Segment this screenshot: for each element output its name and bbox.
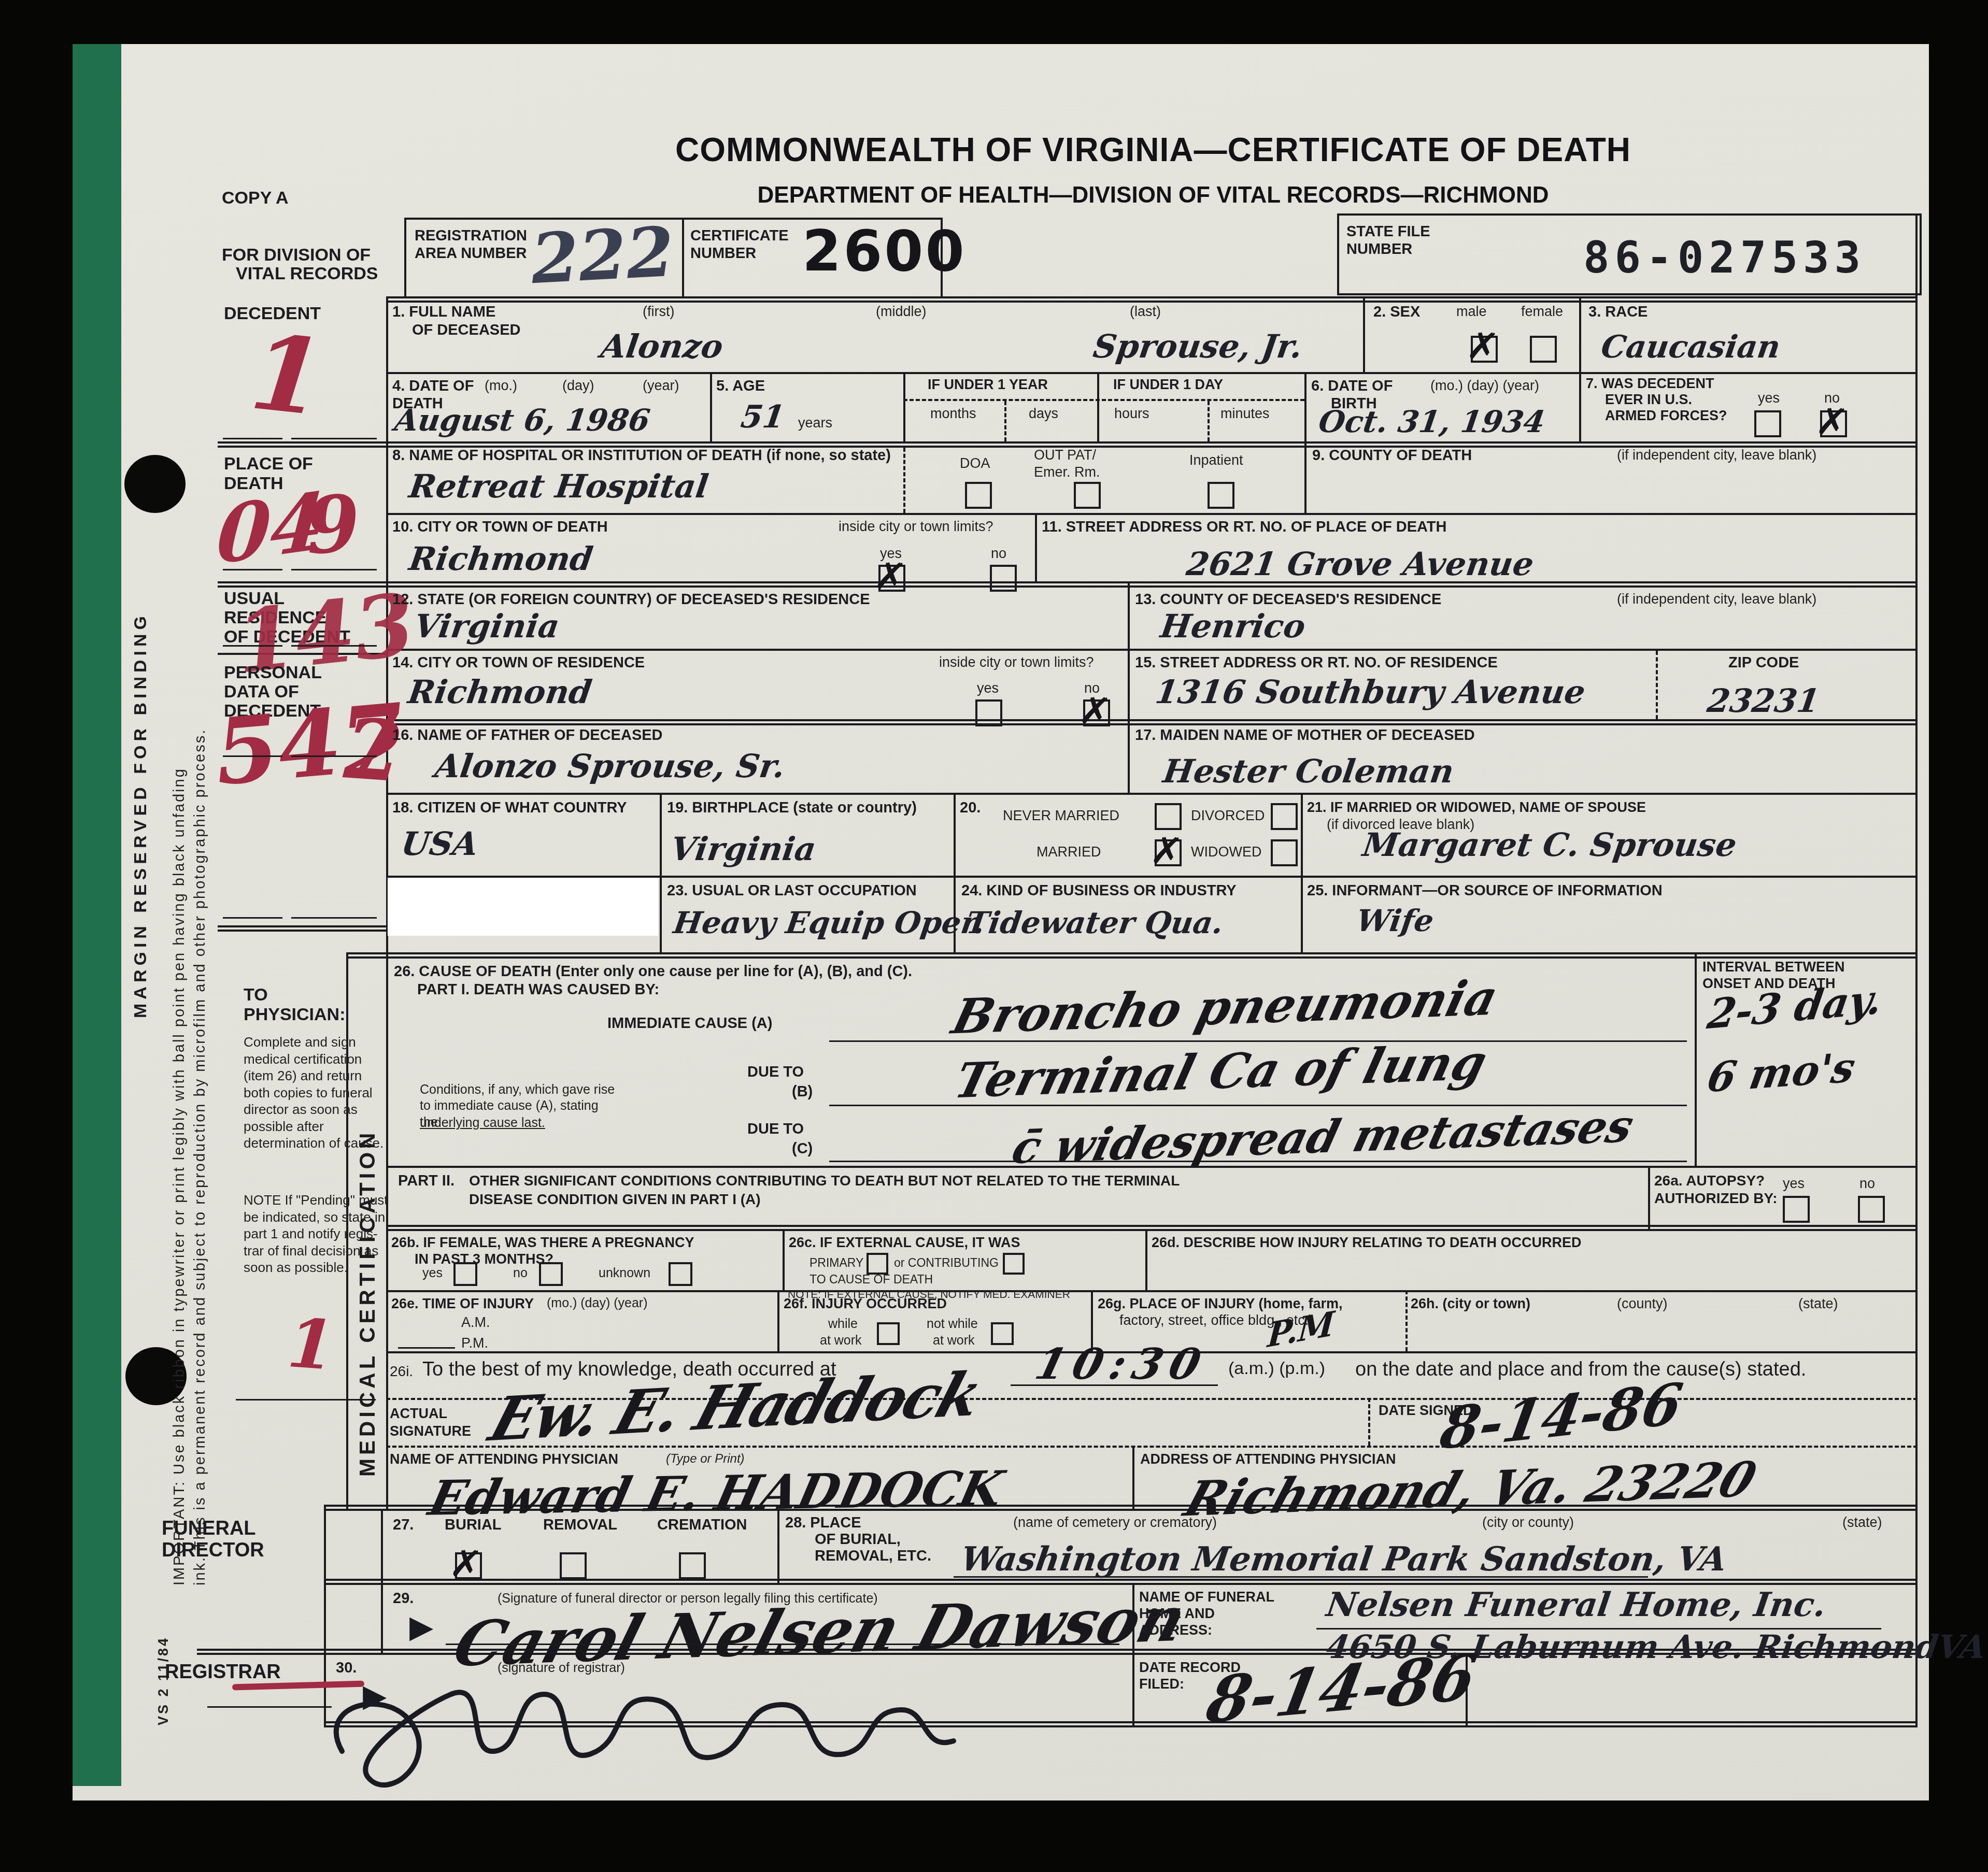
name-last-value: Sprouse, Jr.: [1091, 331, 1304, 363]
certificate-label-1: CERTIFICATE: [690, 227, 789, 245]
primary-label: PRIMARY: [810, 1256, 863, 1270]
to-cause-label: TO CAUSE OF DEATH: [810, 1273, 933, 1287]
pregnancy-yes-label: yes: [422, 1265, 443, 1281]
pregnancy-unknown-label: unknown: [599, 1265, 650, 1281]
spouse-value: Margaret C. Sprouse: [1361, 829, 1739, 861]
dod-label: 4. DATE OF: [392, 377, 474, 395]
26i-post-text: on the date and place and from the cause…: [1355, 1359, 1806, 1381]
for-division-line2: VITAL RECORDS: [236, 263, 378, 284]
state-file-number: 86-027533: [1583, 232, 1866, 283]
autopsy-label1: 26a. AUTOPSY?: [1654, 1172, 1765, 1190]
date-filed-label2: FILED:: [1139, 1676, 1184, 1692]
state-injury-hint: (state): [1798, 1295, 1838, 1312]
home-label2: HOME AND: [1139, 1605, 1215, 1622]
city-death-yes-xmark: ✗: [872, 556, 908, 597]
street-residence-label: 15. STREET ADDRESS OR RT. NO. OF RESIDEN…: [1135, 654, 1498, 672]
divorced-checkbox[interactable]: [1271, 803, 1298, 830]
cremation-label: CREMATION: [657, 1516, 747, 1534]
race-label: 3. RACE: [1588, 303, 1648, 321]
birthplace-label: 19. BIRTHPLACE (state or country): [667, 799, 917, 817]
cemetery-hint: (name of cemetery or crematory): [1013, 1514, 1217, 1531]
due-to-c-letter: (C): [792, 1140, 813, 1158]
28-label3: REMOVAL, ETC.: [815, 1547, 931, 1565]
home-label3: ADDRESS:: [1139, 1622, 1212, 1638]
city-death-value: Richmond: [407, 543, 595, 575]
city-death-limits-label: inside city or town limits?: [839, 518, 993, 535]
forces-label2: EVER IN U.S.: [1605, 391, 1692, 408]
pregnancy-yes-checkbox[interactable]: [453, 1262, 477, 1286]
age-value: 51: [739, 402, 787, 433]
forces-yes-checkbox[interactable]: [1754, 410, 1781, 437]
days-hint: days: [1029, 405, 1058, 422]
age-label: 5. AGE: [716, 377, 765, 395]
name-first-value: Alonzo: [599, 331, 725, 363]
28-label2: OF BURIAL,: [815, 1531, 901, 1549]
under1year-label: IF UNDER 1 YEAR: [928, 376, 1048, 393]
county-death-hint: (if independent city, leave blank): [1617, 447, 1816, 463]
minutes-hint: minutes: [1220, 405, 1270, 422]
dob-value: Oct. 31, 1934: [1317, 407, 1547, 437]
while-label1: while: [828, 1316, 858, 1332]
pregnancy-label1: 26b. IF FEMALE, WAS THERE A PREGNANCY: [391, 1234, 694, 1251]
forces-yes-label: yes: [1758, 390, 1780, 406]
am-label: A.M.: [461, 1314, 490, 1331]
notwhile-label1: not while: [927, 1316, 978, 1332]
city-death-no-checkbox[interactable]: [990, 565, 1017, 592]
sex-male-xmark: ✗: [1465, 326, 1500, 367]
state-file-label-1: STATE FILE: [1346, 223, 1430, 241]
pregnancy-no-label: no: [513, 1265, 528, 1281]
margin-binding-note: MARGIN RESERVED FOR BINDING: [131, 612, 151, 1018]
widowed-checkbox[interactable]: [1271, 839, 1298, 866]
removal-checkbox[interactable]: [560, 1552, 587, 1579]
part2-label1: OTHER SIGNIFICANT CONDITIONS CONTRIBUTIN…: [469, 1172, 1180, 1190]
autopsy-label2: AUTHORIZED BY:: [1654, 1190, 1777, 1207]
forces-no-xmark: ✗: [1814, 402, 1850, 443]
green-binding-strip: [73, 44, 121, 1786]
age-unit: years: [798, 415, 832, 431]
describe-injury-label: 26d. DESCRIBE HOW INJURY RELATING TO DEA…: [1152, 1234, 1582, 1251]
married-xmark: ✗: [1148, 831, 1184, 872]
primary-checkbox[interactable]: [867, 1253, 888, 1275]
county-death-label: 9. COUNTY OF DEATH: [1312, 447, 1472, 465]
county-injury-hint: (county): [1617, 1295, 1668, 1312]
dob-hints: (mo.) (day) (year): [1430, 377, 1539, 394]
home-label1: NAME OF FUNERAL: [1139, 1589, 1274, 1605]
dod-value: August 6, 1986: [393, 405, 652, 435]
certificate-subtitle: DEPARTMENT OF HEALTH—DIVISION OF VITAL R…: [466, 182, 1840, 208]
informant-value: Wife: [1355, 906, 1436, 936]
while-at-work-checkbox[interactable]: [877, 1322, 900, 1345]
ampm-text: (a.m.) (p.m.): [1228, 1359, 1325, 1379]
state-hint: (state): [1842, 1514, 1882, 1531]
hospital-label: 8. NAME OF HOSPITAL OR INSTITUTION OF DE…: [392, 447, 891, 465]
scanned-death-certificate: MARGIN RESERVED FOR BINDING IMPORTANT: U…: [0, 0, 1988, 1872]
sex-female-label: female: [1521, 303, 1563, 320]
external-cause-label: 26c. IF EXTERNAL CAUSE, IT WAS: [789, 1234, 1020, 1251]
street-residence-value: 1316 Southbury Avenue: [1154, 676, 1587, 708]
state-file-label-2: NUMBER: [1346, 240, 1412, 259]
citizen-value: USA: [400, 828, 480, 860]
death-time-value: 10:30: [1031, 1343, 1212, 1385]
injury-occurred-label: 26f. INJURY OCCURRED: [784, 1295, 947, 1312]
autopsy-no-label: no: [1859, 1175, 1875, 1192]
conditions-note-underlined: underlying cause last.: [420, 1115, 545, 1131]
county-residence-label: 13. COUNTY OF DECEASED'S RESIDENCE: [1135, 591, 1441, 609]
city-death-no-label: no: [991, 545, 1006, 562]
registrar-signature-scrawl: [321, 1632, 995, 1808]
margin-important-line2: ink. This is a permanent record and subj…: [192, 728, 209, 1585]
sidebar-registrar: REGISTRAR: [165, 1661, 281, 1684]
while-label2: at work: [820, 1333, 862, 1348]
sidebar-funeral-1: FUNERAL: [162, 1517, 256, 1541]
28-label1: 28. PLACE: [785, 1514, 861, 1532]
contributing-label: or CONTRIBUTING: [894, 1256, 999, 1270]
medical-certification-vertical-label: MEDICAL CERTIFICATION: [355, 1130, 380, 1477]
sidebar-physician-2: PHYSICIAN:: [244, 1004, 345, 1025]
city-death-label: 10. CITY OR TOWN OF DEATH: [392, 518, 608, 536]
inpatient-label: Inpatient: [1189, 452, 1243, 468]
due-to-b-letter: (B): [792, 1083, 813, 1101]
physician-name-label: NAME OF ATTENDING PHYSICIAN: [390, 1451, 618, 1467]
29-number: 29.: [393, 1590, 414, 1608]
cremation-checkbox[interactable]: [679, 1552, 706, 1579]
divorced-label: DIVORCED: [1191, 807, 1265, 824]
dod-day-hint: (day): [562, 377, 594, 394]
inpatient-checkbox[interactable]: [1208, 482, 1234, 509]
industry-value: Tidewater Qua.: [964, 908, 1225, 938]
physician-name-value: Edward E. HADDOCK: [424, 1464, 1007, 1522]
certificate-label-2: NUMBER: [690, 245, 756, 263]
outpat-label1: OUT PAT/: [1034, 447, 1096, 463]
forces-label3: ARMED FORCES?: [1605, 407, 1727, 424]
actual-label: ACTUAL: [390, 1405, 447, 1422]
not-while-at-work-checkbox[interactable]: [991, 1322, 1014, 1345]
city-residence-limits-label: inside city or town limits?: [939, 654, 1094, 670]
informant-label: 25. INFORMANT—OR SOURCE OF INFORMATION: [1307, 882, 1663, 900]
doa-label: DOA: [960, 455, 990, 471]
due-to-b-label: DUE TO: [747, 1063, 804, 1081]
zip-value: 23231: [1706, 685, 1822, 717]
street-death-label: 11. STREET ADDRESS OR RT. NO. OF PLACE O…: [1042, 518, 1446, 536]
hospital-value: Retreat Hospital: [407, 470, 711, 503]
red-annotation-decedent: 1: [246, 320, 329, 431]
burial-xmark: ✗: [448, 1544, 484, 1585]
marital-number: 20.: [960, 799, 981, 817]
never-married-checkbox[interactable]: [1155, 803, 1182, 830]
doa-checkbox[interactable]: [965, 482, 992, 509]
autopsy-yes-checkbox[interactable]: [1783, 1196, 1810, 1223]
first-hint: (first): [643, 303, 674, 320]
sex-male-label: male: [1456, 303, 1487, 320]
city-residence-value: Richmond: [406, 676, 594, 708]
red-annotation-personal-b: 2: [342, 707, 405, 793]
dod-mo-hint: (mo.): [485, 377, 517, 394]
never-married-label: NEVER MARRIED: [1003, 807, 1119, 824]
city-injury-label: 26h. (city or town): [1411, 1295, 1530, 1312]
occupation-label: 23. USUAL OR LAST OCCUPATION: [667, 882, 917, 900]
pregnancy-no-checkbox[interactable]: [539, 1262, 563, 1286]
last-hint: (last): [1130, 303, 1161, 320]
father-label: 16. NAME OF FATHER OF DECEASED: [392, 726, 663, 745]
pm-label: P.M.: [461, 1335, 488, 1351]
spouse-label: 21. IF MARRIED OR WIDOWED, NAME OF SPOUS…: [1307, 799, 1646, 816]
mother-value: Hester Coleman: [1161, 755, 1456, 788]
autopsy-no-checkbox[interactable]: [1858, 1196, 1885, 1223]
autopsy-yes-label: yes: [1783, 1175, 1805, 1192]
part1-label: PART I. DEATH WAS CAUSED BY:: [417, 981, 659, 999]
city-county-hint: (city or county): [1482, 1514, 1574, 1531]
due-to-c-label: DUE TO: [747, 1120, 804, 1138]
contributing-checkbox[interactable]: [1003, 1253, 1025, 1275]
copy-a-label: COPY A: [222, 188, 288, 209]
field1-label2: OF DECEASED: [412, 321, 520, 339]
27-number: 27.: [393, 1516, 414, 1534]
sidebar-personal-1: PERSONAL: [224, 662, 322, 683]
cause-of-death-label: 26. CAUSE OF DEATH (Enter only one cause…: [394, 963, 912, 981]
outpat-checkbox[interactable]: [1074, 482, 1101, 509]
redaction-box: [388, 878, 658, 936]
dod-year-hint: (year): [643, 377, 679, 394]
certificate-title: COMMONWEALTH OF VIRGINIA—CERTIFICATE OF …: [466, 131, 1840, 169]
mother-label: 17. MAIDEN NAME OF MOTHER OF DECEASED: [1135, 726, 1475, 745]
burial-place-value: Washington Memorial Park Sandston, VA: [959, 1543, 1729, 1576]
field1-label: 1. FULL NAME: [392, 303, 495, 321]
burial-label: BURIAL: [445, 1516, 502, 1534]
immediate-cause-label: IMMEDIATE CAUSE (A): [607, 1014, 772, 1033]
time-injury-label: 26e. TIME OF INJURY: [391, 1295, 534, 1312]
pregnancy-unknown-checkbox[interactable]: [669, 1262, 692, 1286]
notwhile-label2: at work: [933, 1333, 975, 1348]
industry-label: 24. KIND OF BUSINESS OR INDUSTRY: [961, 882, 1237, 900]
birthplace-value: Virginia: [669, 833, 818, 865]
county-residence-hint: (if independent city, leave blank): [1617, 591, 1816, 607]
red-annotation-physician: 1: [286, 1309, 337, 1380]
sidebar-funeral-2: DIRECTOR: [162, 1539, 264, 1563]
zip-label: ZIP CODE: [1728, 654, 1799, 672]
city-residence-no-xmark: ✗: [1077, 691, 1113, 732]
state-residence-label: 12. STATE (OR FOREIGN COUNTRY) OF DECEAS…: [392, 591, 870, 609]
months-hint: months: [930, 405, 976, 422]
for-division-line1: FOR DIVISION OF: [222, 245, 371, 266]
margin-important-line1: IMPORTANT: Use black ribbon in typewrite…: [171, 767, 188, 1585]
signature-label: SIGNATURE: [390, 1423, 471, 1439]
certificate-number: 2600: [802, 224, 967, 280]
state-residence-value: Virginia: [413, 610, 562, 642]
city-residence-yes-checkbox[interactable]: [975, 699, 1002, 726]
under1day-label: IF UNDER 1 DAY: [1113, 376, 1223, 393]
city-residence-label: 14. CITY OR TOWN OF RESIDENCE: [392, 654, 645, 672]
widowed-label: WIDOWED: [1191, 844, 1261, 860]
middle-hint: (middle): [876, 303, 927, 320]
registration-label-2: AREA NUMBER: [415, 245, 527, 263]
removal-label: REMOVAL: [543, 1516, 617, 1534]
26i-number: 26i.: [390, 1363, 413, 1380]
father-value: Alonzo Sprouse, Sr.: [433, 750, 787, 782]
time-injury-hints: (mo.) (day) (year): [547, 1295, 647, 1311]
street-death-value: 2621 Grove Avenue: [1185, 548, 1536, 580]
county-residence-value: Henrico: [1159, 610, 1308, 642]
hours-hint: hours: [1114, 405, 1149, 422]
punch-hole-top: [124, 455, 186, 513]
race-value: Caucasian: [1599, 332, 1782, 363]
interval-label1: INTERVAL BETWEEN: [1702, 959, 1845, 975]
registration-label-1: REGISTRATION: [415, 227, 527, 245]
interval-b-value: 6 mo's: [1704, 1048, 1858, 1099]
sex-label: 2. SEX: [1373, 303, 1420, 321]
red-annotation-place-b: 9: [303, 484, 363, 566]
part2-number: PART II.: [398, 1172, 455, 1190]
citizen-label: 18. CITIZEN OF WHAT COUNTRY: [392, 799, 627, 817]
forces-label1: 7. WAS DECEDENT: [1586, 375, 1714, 392]
occupation-value: Heavy Equip Oper.: [672, 908, 987, 938]
part2-label2: DISEASE CONDITION GIVEN IN PART I (A): [469, 1191, 761, 1208]
registration-area-number: 222: [530, 218, 676, 294]
outpat-label2: Emer. Rm.: [1034, 464, 1100, 480]
married-label: MARRIED: [1036, 844, 1101, 860]
sex-female-checkbox[interactable]: [1530, 336, 1557, 363]
funeral-home-name: Nelsen Funeral Home, Inc.: [1325, 1589, 1828, 1622]
sidebar-place-1: PLACE OF: [224, 453, 313, 475]
dob-label: 6. DATE OF: [1311, 377, 1393, 395]
sidebar-physician-1: TO: [244, 984, 268, 1006]
city-residence-yes-label: yes: [977, 680, 999, 696]
